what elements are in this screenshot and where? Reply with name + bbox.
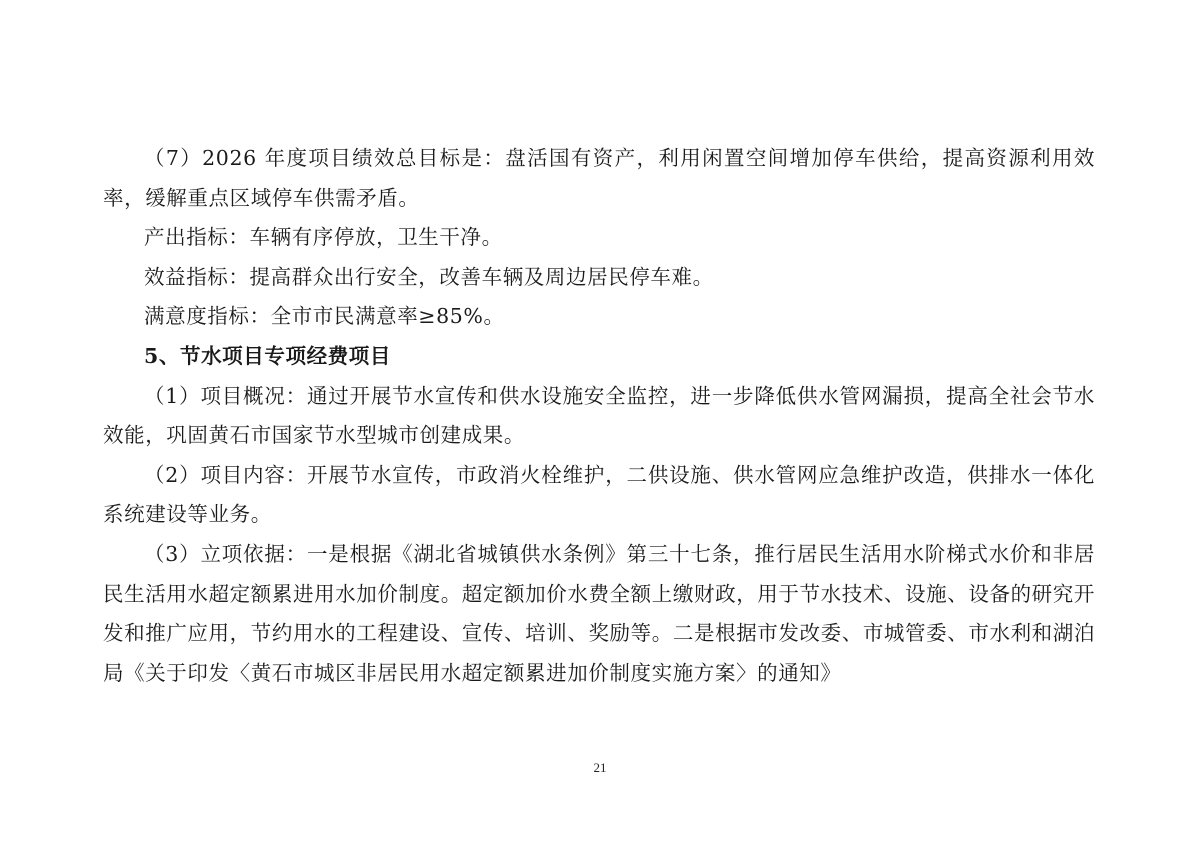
paragraph-performance-goal: （7）2026 年度项目绩效总目标是：盘活国有资产，利用闲置空间增加停车供给，提… bbox=[103, 139, 1095, 218]
section-heading: 5、节水项目专项经费项目 bbox=[103, 337, 1095, 377]
paragraph-project-overview: （1）项目概况：通过开展节水宣传和供水设施安全监控，进一步降低供水管网漏损，提高… bbox=[103, 377, 1095, 456]
paragraph-benefit-indicator: 效益指标：提高群众出行安全，改善车辆及周边居民停车难。 bbox=[103, 258, 1095, 298]
document-body: （7）2026 年度项目绩效总目标是：盘活国有资产，利用闲置空间增加停车供给，提… bbox=[103, 139, 1095, 693]
paragraph-output-indicator: 产出指标：车辆有序停放，卫生干净。 bbox=[103, 218, 1095, 258]
paragraph-satisfaction-indicator: 满意度指标：全市市民满意率≥85%。 bbox=[103, 297, 1095, 337]
paragraph-project-content: （2）项目内容：开展节水宣传，市政消火栓维护，二供设施、供水管网应急维护改造，供… bbox=[103, 456, 1095, 535]
page-number: 21 bbox=[0, 760, 1200, 776]
paragraph-project-basis: （3）立项依据：一是根据《湖北省城镇供水条例》第三十七条，推行居民生活用水阶梯式… bbox=[103, 535, 1095, 693]
